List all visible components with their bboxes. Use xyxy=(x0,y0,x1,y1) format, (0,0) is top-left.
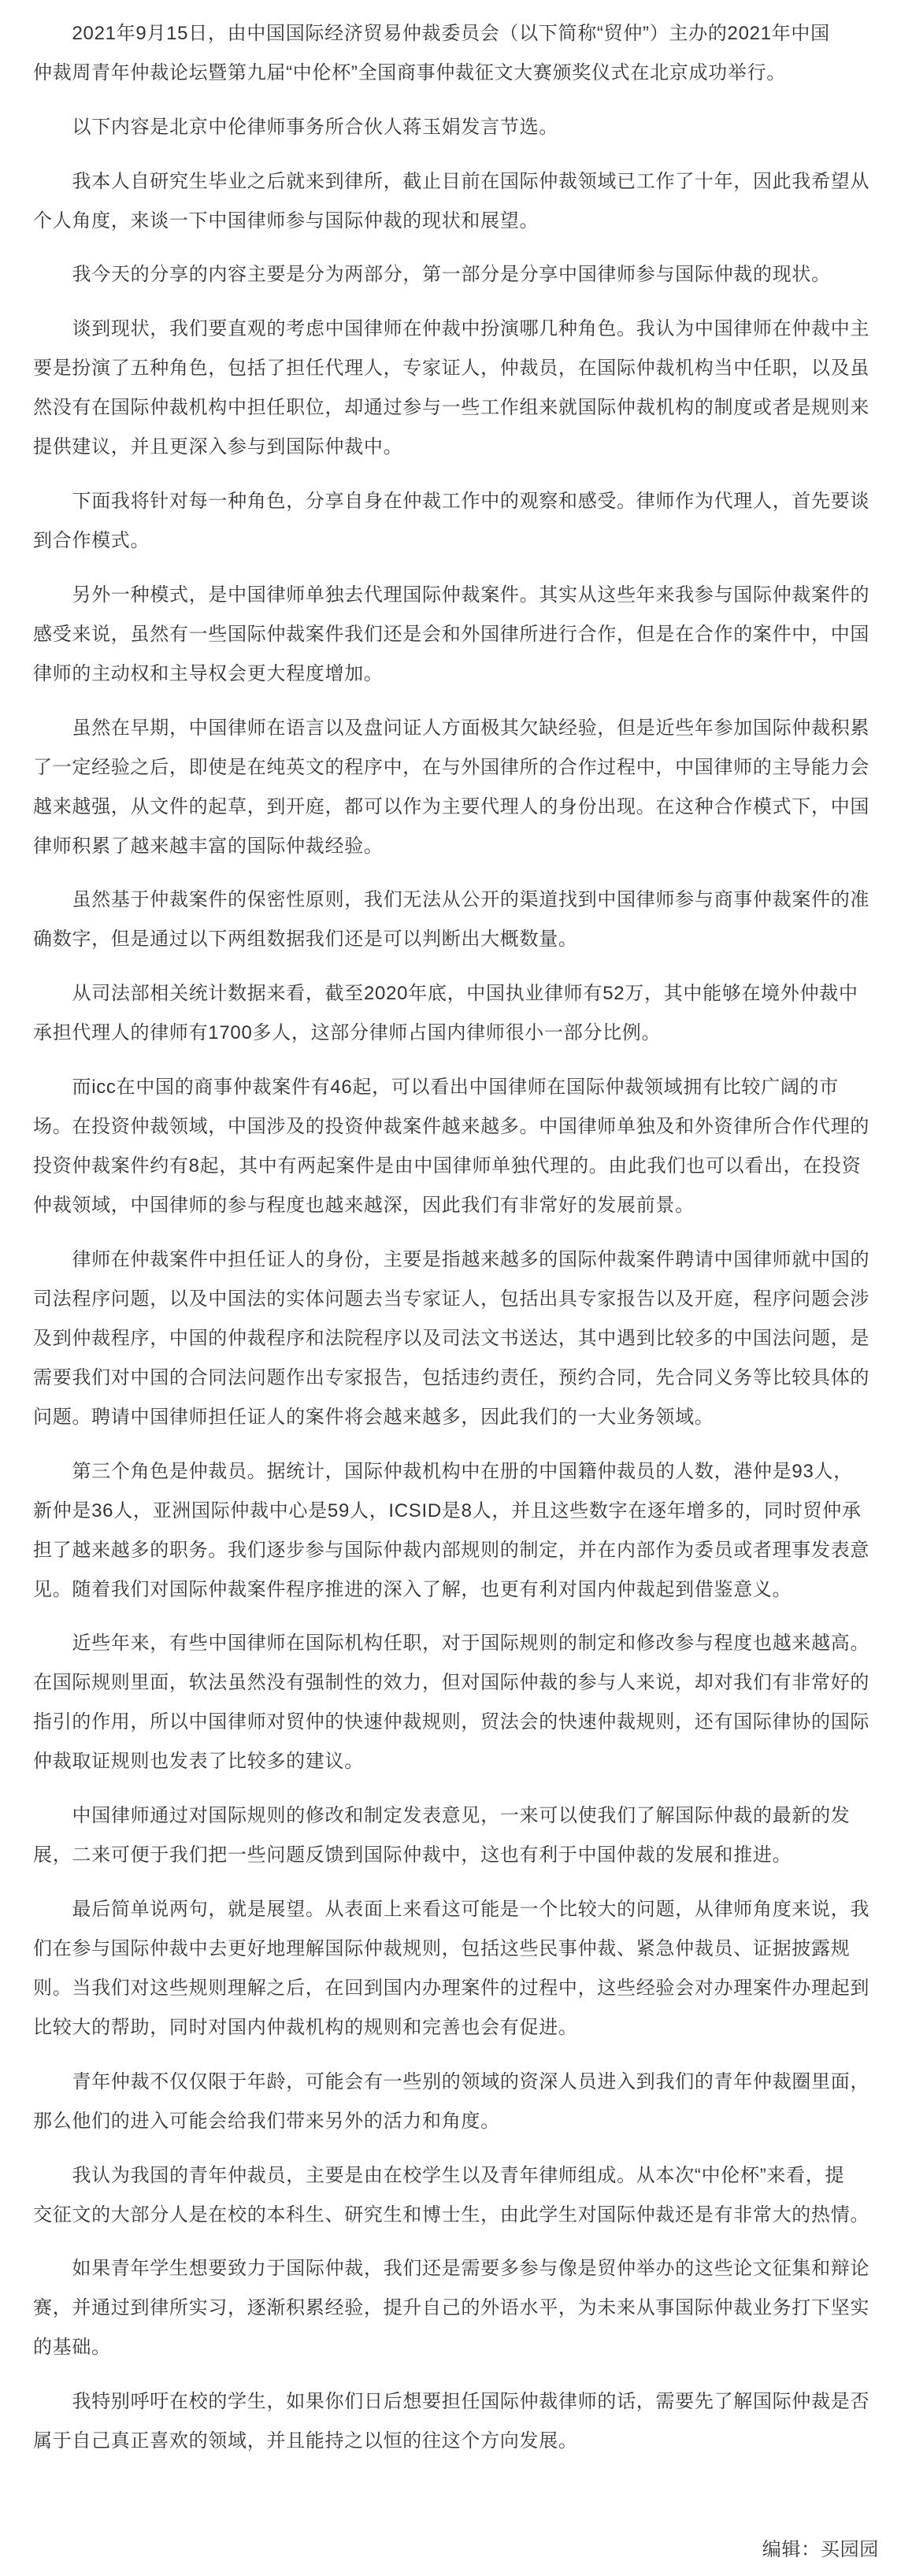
paragraph-line: 我今天的分享的内容主要是分为两部分，第一部分是分享中国律师参与国际仲裁的现状。 xyxy=(33,255,879,295)
paragraph-line: 我特别呼吁在校的学生，如果你们日后想要担任国际仲裁律师的话，需要先了解国际仲裁是… xyxy=(33,2382,879,2422)
paragraph-line: 新仲是36人，亚洲国际仲裁中心是59人，ICSID是8人，并且这些数字在逐年增多… xyxy=(33,1492,879,1531)
paragraph-line: 然没有在国际仲裁机构中担任职位，却通过参与一些工作组来就国际仲裁机构的制度或者是… xyxy=(33,388,879,428)
paragraph-line: 赛，并通过到律所实习，逐渐积累经验，提升自己的外语水平，为未来从事国际仲裁业务打… xyxy=(33,2289,879,2328)
paragraph-line: 的基础。 xyxy=(33,2328,879,2367)
paragraph: 我特别呼吁在校的学生，如果你们日后想要担任国际仲裁律师的话，需要先了解国际仲裁是… xyxy=(33,2382,879,2461)
paragraph-line: 谈到现状，我们要直观的考虑中国律师在仲裁中扮演哪几种角色。我认为中国律师在仲裁中… xyxy=(33,309,879,349)
paragraph-line: 虽然在早期，中国律师在语言以及盘问证人方面极其欠缺经验，但是近些年参加国际仲裁积… xyxy=(33,709,879,748)
paragraph-line: 仲裁取证规则也发表了比较多的建议。 xyxy=(33,1742,879,1781)
paragraph-line: 展，二来可便于我们把一些问题反馈到国际仲裁中，这也有利于中国仲裁的发展和推进。 xyxy=(33,1836,879,1875)
editor-credit: 编辑：买园园 xyxy=(33,2530,879,2570)
paragraph-line: 而icc在中国的商事仲裁案件有46起，可以看出中国律师在国际仲裁领域拥有比较广阔… xyxy=(33,1068,879,1107)
paragraph: 从司法部相关统计数据来看，截至2020年底，中国执业律师有52万，其中能够在境外… xyxy=(33,974,879,1053)
paragraph-line: 中国律师通过对国际规则的修改和制定发表意见，一来可以使我们了解国际仲裁的最新的发 xyxy=(33,1796,879,1836)
article-body: 2021年9月15日，由中国国际经济贸易仲裁委员会（以下简称“贸仲”）主办的20… xyxy=(0,0,912,2576)
paragraph-intro-event: 2021年9月15日，由中国国际经济贸易仲裁委员会（以下简称“贸仲”）主办的20… xyxy=(33,14,879,93)
paragraph: 我认为我国的青年仲裁员，主要是由在校学生以及青年律师组成。从本次“中伦杯”来看，… xyxy=(33,2156,879,2235)
paragraph: 而icc在中国的商事仲裁案件有46起，可以看出中国律师在国际仲裁领域拥有比较广阔… xyxy=(33,1068,879,1225)
paragraph-line: 交征文的大部分人是在校的本科生、研究生和博士生，由此学生对国际仲裁还是有非常大的… xyxy=(33,2196,879,2235)
paragraph-line: 以下内容是北京中伦律师事务所合伙人蒋玉娟发言节选。 xyxy=(33,108,879,147)
paragraph: 谈到现状，我们要直观的考虑中国律师在仲裁中扮演哪几种角色。我认为中国律师在仲裁中… xyxy=(33,309,879,467)
paragraph-line: 最后简单说两句，就是展望。从表面上来看这可能是一个比较大的问题，从律师角度来说，… xyxy=(33,1890,879,1929)
paragraph-line: 到合作模式。 xyxy=(33,521,879,561)
paragraph: 近些年来，有些中国律师在国际机构任职，对于国际规则的制定和修改参与程度也越来越高… xyxy=(33,1624,879,1781)
paragraph-line: 担了越来越多的职务。我们逐步参与国际仲裁内部规则的制定，并在内部作为委员或者理事… xyxy=(33,1531,879,1570)
paragraph-line: 感受来说，虽然有一些国际仲裁案件我们还是会和外国律所进行合作，但是在合作的案件中… xyxy=(33,615,879,654)
paragraph-line: 要是扮演了五种角色，包括了担任代理人，专家证人，仲裁员，在国际仲裁机构当中任职，… xyxy=(33,349,879,388)
paragraph-line: 仲裁周青年仲裁论坛暨第九届“中伦杯”全国商事仲裁征文大赛颁奖仪式在北京成功举行。 xyxy=(33,54,879,93)
paragraph: 我本人自研究生毕业之后就来到律所，截止目前在国际仲裁领域已工作了十年，因此我希望… xyxy=(33,162,879,241)
paragraph-line: 则。当我们对这些规则理解之后，在回到国内办理案件的过程中，这些经验会对办理案件办… xyxy=(33,1969,879,2008)
paragraph: 另外一种模式，是中国律师单独去代理国际仲裁案件。其实从这些年来我参与国际仲裁案件… xyxy=(33,576,879,694)
paragraph-line: 见。随着我们对国际仲裁案件程序推进的深入了解，也更有利对国内仲裁起到借鉴意义。 xyxy=(33,1570,879,1610)
editor-name: 买园园 xyxy=(821,2539,879,2560)
paragraph-line: 个人角度，来谈一下中国律师参与国际仲裁的现状和展望。 xyxy=(33,202,879,241)
paragraph-line: 律师在仲裁案件中担任证人的身份，主要是指越来越多的国际仲裁案件聘请中国律师就中国… xyxy=(33,1240,879,1280)
paragraph: 我今天的分享的内容主要是分为两部分，第一部分是分享中国律师参与国际仲裁的现状。 xyxy=(33,255,879,295)
paragraph-line: 仲裁领域，中国律师的参与程度也越来越深，因此我们有非常好的发展前景。 xyxy=(33,1186,879,1225)
paragraph-line: 场。在投资仲裁领域，中国涉及的投资仲裁案件越来越多。中国律师单独及和外资律所合作… xyxy=(33,1107,879,1147)
paragraph-line: 我本人自研究生毕业之后就来到律所，截止目前在国际仲裁领域已工作了十年，因此我希望… xyxy=(33,162,879,202)
paragraph-line: 承担代理人的律师有1700多人，这部分律师占国内律师很小一部分比例。 xyxy=(33,1014,879,1053)
editor-label: 编辑： xyxy=(762,2539,821,2560)
paragraph-line: 需要我们对中国的合同法问题作出专家报告，包括违约责任，预约合同，先合同义务等比较… xyxy=(33,1358,879,1398)
paragraph-line: 2021年9月15日，由中国国际经济贸易仲裁委员会（以下简称“贸仲”）主办的20… xyxy=(33,14,879,54)
paragraph-line: 如果青年学生想要致力于国际仲裁，我们还是需要多参与像是贸仲举办的这些论文征集和辩… xyxy=(33,2249,879,2289)
paragraph-line: 越来越强，从文件的起草，到开庭，都可以作为主要代理人的身份出现。在这种合作模式下… xyxy=(33,788,879,827)
paragraph-line: 虽然基于仲裁案件的保密性原则，我们无法从公开的渠道找到中国律师参与商事仲裁案件的… xyxy=(33,880,879,920)
paragraph-line: 司法程序问题，以及中国法的实体问题去当专家证人，包括出具专家报告以及开庭，程序问… xyxy=(33,1280,879,1319)
paragraph-line: 近些年来，有些中国律师在国际机构任职，对于国际规则的制定和修改参与程度也越来越高… xyxy=(33,1624,879,1663)
paragraph: 最后简单说两句，就是展望。从表面上来看这可能是一个比较大的问题，从律师角度来说，… xyxy=(33,1890,879,2048)
paragraph-line: 属于自己真正喜欢的领域，并且能持之以恒的往这个方向发展。 xyxy=(33,2422,879,2461)
paragraph: 虽然基于仲裁案件的保密性原则，我们无法从公开的渠道找到中国律师参与商事仲裁案件的… xyxy=(33,880,879,959)
paragraph: 下面我将针对每一种角色，分享自身在仲裁工作中的观察和感受。律师作为代理人，首先要… xyxy=(33,482,879,561)
paragraph: 如果青年学生想要致力于国际仲裁，我们还是需要多参与像是贸仲举办的这些论文征集和辩… xyxy=(33,2249,879,2367)
paragraph-line: 投资仲裁案件约有8起，其中有两起案件是由中国律师单独代理的。由此我们也可以看出，… xyxy=(33,1147,879,1186)
paragraph-line: 及到仲裁程序，中国的仲裁程序和法院程序以及司法文书送达，其中遇到比较多的中国法问… xyxy=(33,1319,879,1358)
paragraph-line: 了一定经验之后，即使是在纯英文的程序中，在与外国律所的合作过程中，中国律师的主导… xyxy=(33,748,879,788)
paragraph-line: 从司法部相关统计数据来看，截至2020年底，中国执业律师有52万，其中能够在境外… xyxy=(33,974,879,1014)
paragraph-line: 指引的作用，所以中国律师对贸仲的快速仲裁规则，贸法会的快速仲裁规则，还有国际律协… xyxy=(33,1703,879,1742)
paragraph-line: 们在参与国际仲裁中去更好地理解国际仲裁规则，包括这些民事仲裁、紧急仲裁员、证据披… xyxy=(33,1929,879,1969)
paragraph: 律师在仲裁案件中担任证人的身份，主要是指越来越多的国际仲裁案件聘请中国律师就中国… xyxy=(33,1240,879,1437)
paragraph: 青年仲裁不仅仅限于年龄，可能会有一些别的领域的资深人员进入到我们的青年仲裁圈里面… xyxy=(33,2063,879,2141)
paragraph-line: 问题。聘请中国律师担任证人的案件将会越来越多，因此我们的一大业务领域。 xyxy=(33,1398,879,1437)
paragraph-line: 下面我将针对每一种角色，分享自身在仲裁工作中的观察和感受。律师作为代理人，首先要… xyxy=(33,482,879,521)
paragraph-line: 比较大的帮助，同时对国内仲裁机构的规则和完善也会有促进。 xyxy=(33,2008,879,2048)
paragraph-line: 第三个角色是仲裁员。据统计，国际仲裁机构中在册的中国籍仲裁员的人数，港仲是93人… xyxy=(33,1452,879,1492)
paragraph-line: 另外一种模式，是中国律师单独去代理国际仲裁案件。其实从这些年来我参与国际仲裁案件… xyxy=(33,576,879,615)
paragraph-line: 律师积累了越来越丰富的国际仲裁经验。 xyxy=(33,827,879,866)
paragraph-line: 在国际规则里面，软法虽然没有强制性的效力，但对国际仲裁的参与人来说，却对我们有非… xyxy=(33,1663,879,1703)
paragraph: 中国律师通过对国际规则的修改和制定发表意见，一来可以使我们了解国际仲裁的最新的发… xyxy=(33,1796,879,1875)
paragraph: 虽然在早期，中国律师在语言以及盘问证人方面极其欠缺经验，但是近些年参加国际仲裁积… xyxy=(33,709,879,866)
paragraph: 第三个角色是仲裁员。据统计，国际仲裁机构中在册的中国籍仲裁员的人数，港仲是93人… xyxy=(33,1452,879,1610)
paragraph-line: 确数字，但是通过以下两组数据我们还是可以判断出大概数量。 xyxy=(33,920,879,959)
paragraph-line: 青年仲裁不仅仅限于年龄，可能会有一些别的领域的资深人员进入到我们的青年仲裁圈里面… xyxy=(33,2063,879,2102)
paragraph-line: 提供建议，并且更深入参与到国际仲裁中。 xyxy=(33,428,879,467)
paragraph-line: 我认为我国的青年仲裁员，主要是由在校学生以及青年律师组成。从本次“中伦杯”来看，… xyxy=(33,2156,879,2196)
paragraph-speaker-intro: 以下内容是北京中伦律师事务所合伙人蒋玉娟发言节选。 xyxy=(33,108,879,147)
paragraph-line: 律师的主动权和主导权会更大程度增加。 xyxy=(33,654,879,694)
paragraph-line: 那么他们的进入可能会给我们带来另外的活力和角度。 xyxy=(33,2102,879,2141)
